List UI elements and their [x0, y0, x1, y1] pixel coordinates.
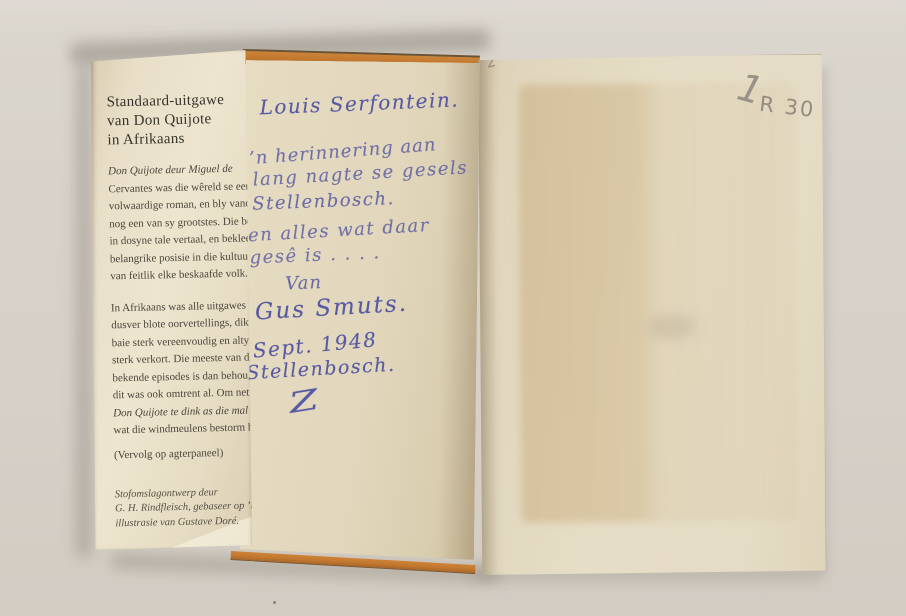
dust-speck: [273, 601, 276, 604]
foxing-stain: [518, 83, 798, 523]
flap-text-line: wat die windmeulens bestorm het,: [113, 420, 245, 440]
photo-of-open-book: 2 1 R 30 Louis Serfontein. ’n herinnerin…: [0, 0, 906, 616]
book-left-shadow: [76, 66, 92, 558]
page-curve-shade: [438, 62, 480, 559]
inscription-flourish: Z: [286, 383, 320, 420]
inscription-signature: Gus Smuts.: [254, 291, 408, 326]
inscription-line: gesê is . . . .: [249, 242, 381, 268]
flap-text-line: dusver blote oorvertellings, dikwels: [111, 315, 243, 335]
inscription-place-line: Stellenbosch.: [252, 188, 395, 215]
center-endpaper: Louis Serfontein. ’n herinnering aan lan…: [240, 60, 480, 560]
flap-text-line: dit was ook omtrent al. Om net aan: [113, 385, 245, 405]
flap-text-line: volwaardige roman, en bly vandag: [109, 196, 241, 216]
flap-text-line: in dosyne tale vertaal, en beklee ’n: [109, 231, 241, 251]
flap-continuation-note: (Vervolg op agterpaneel): [114, 446, 246, 461]
flap-title-line: Standaard-uitgawe: [106, 91, 238, 113]
gutter-shadow: [478, 57, 504, 575]
flap-title-line: in Afrikaans: [107, 129, 239, 151]
flap-text-line: van feitlik elke beskaafde volk.: [110, 266, 242, 286]
flap-colophon: Stofomslagontwerp deur G. H. Rindfleisch…: [115, 485, 248, 531]
right-endpaper: 2 1 R 30: [478, 54, 827, 575]
flap-text-line: Don Quijote deur Miguel de: [108, 161, 240, 181]
flap-paragraph-1: Don Quijote deur Miguel de Cervantes was…: [108, 161, 243, 286]
flap-title: Standaard-uitgawe van Don Quijote in Afr…: [106, 91, 239, 151]
colophon-line: illustrasie van Gustave Doré.: [115, 514, 247, 531]
inscription-from-word: Van: [285, 272, 322, 294]
inscription-recipient: Louis Serfontein.: [259, 87, 459, 119]
flap-text-line: sterk verkort. Die meeste van die: [112, 350, 244, 370]
flap-printed-text: Standaard-uitgawe van Don Quijote in Afr…: [106, 91, 247, 532]
dust-jacket-flap: Standaard-uitgawe van Don Quijote in Afr…: [88, 50, 252, 550]
flap-paragraph-2: In Afrikaans was alle uitgawes tot dusve…: [111, 297, 246, 440]
inscription-line: en alles wat daar: [247, 215, 430, 246]
